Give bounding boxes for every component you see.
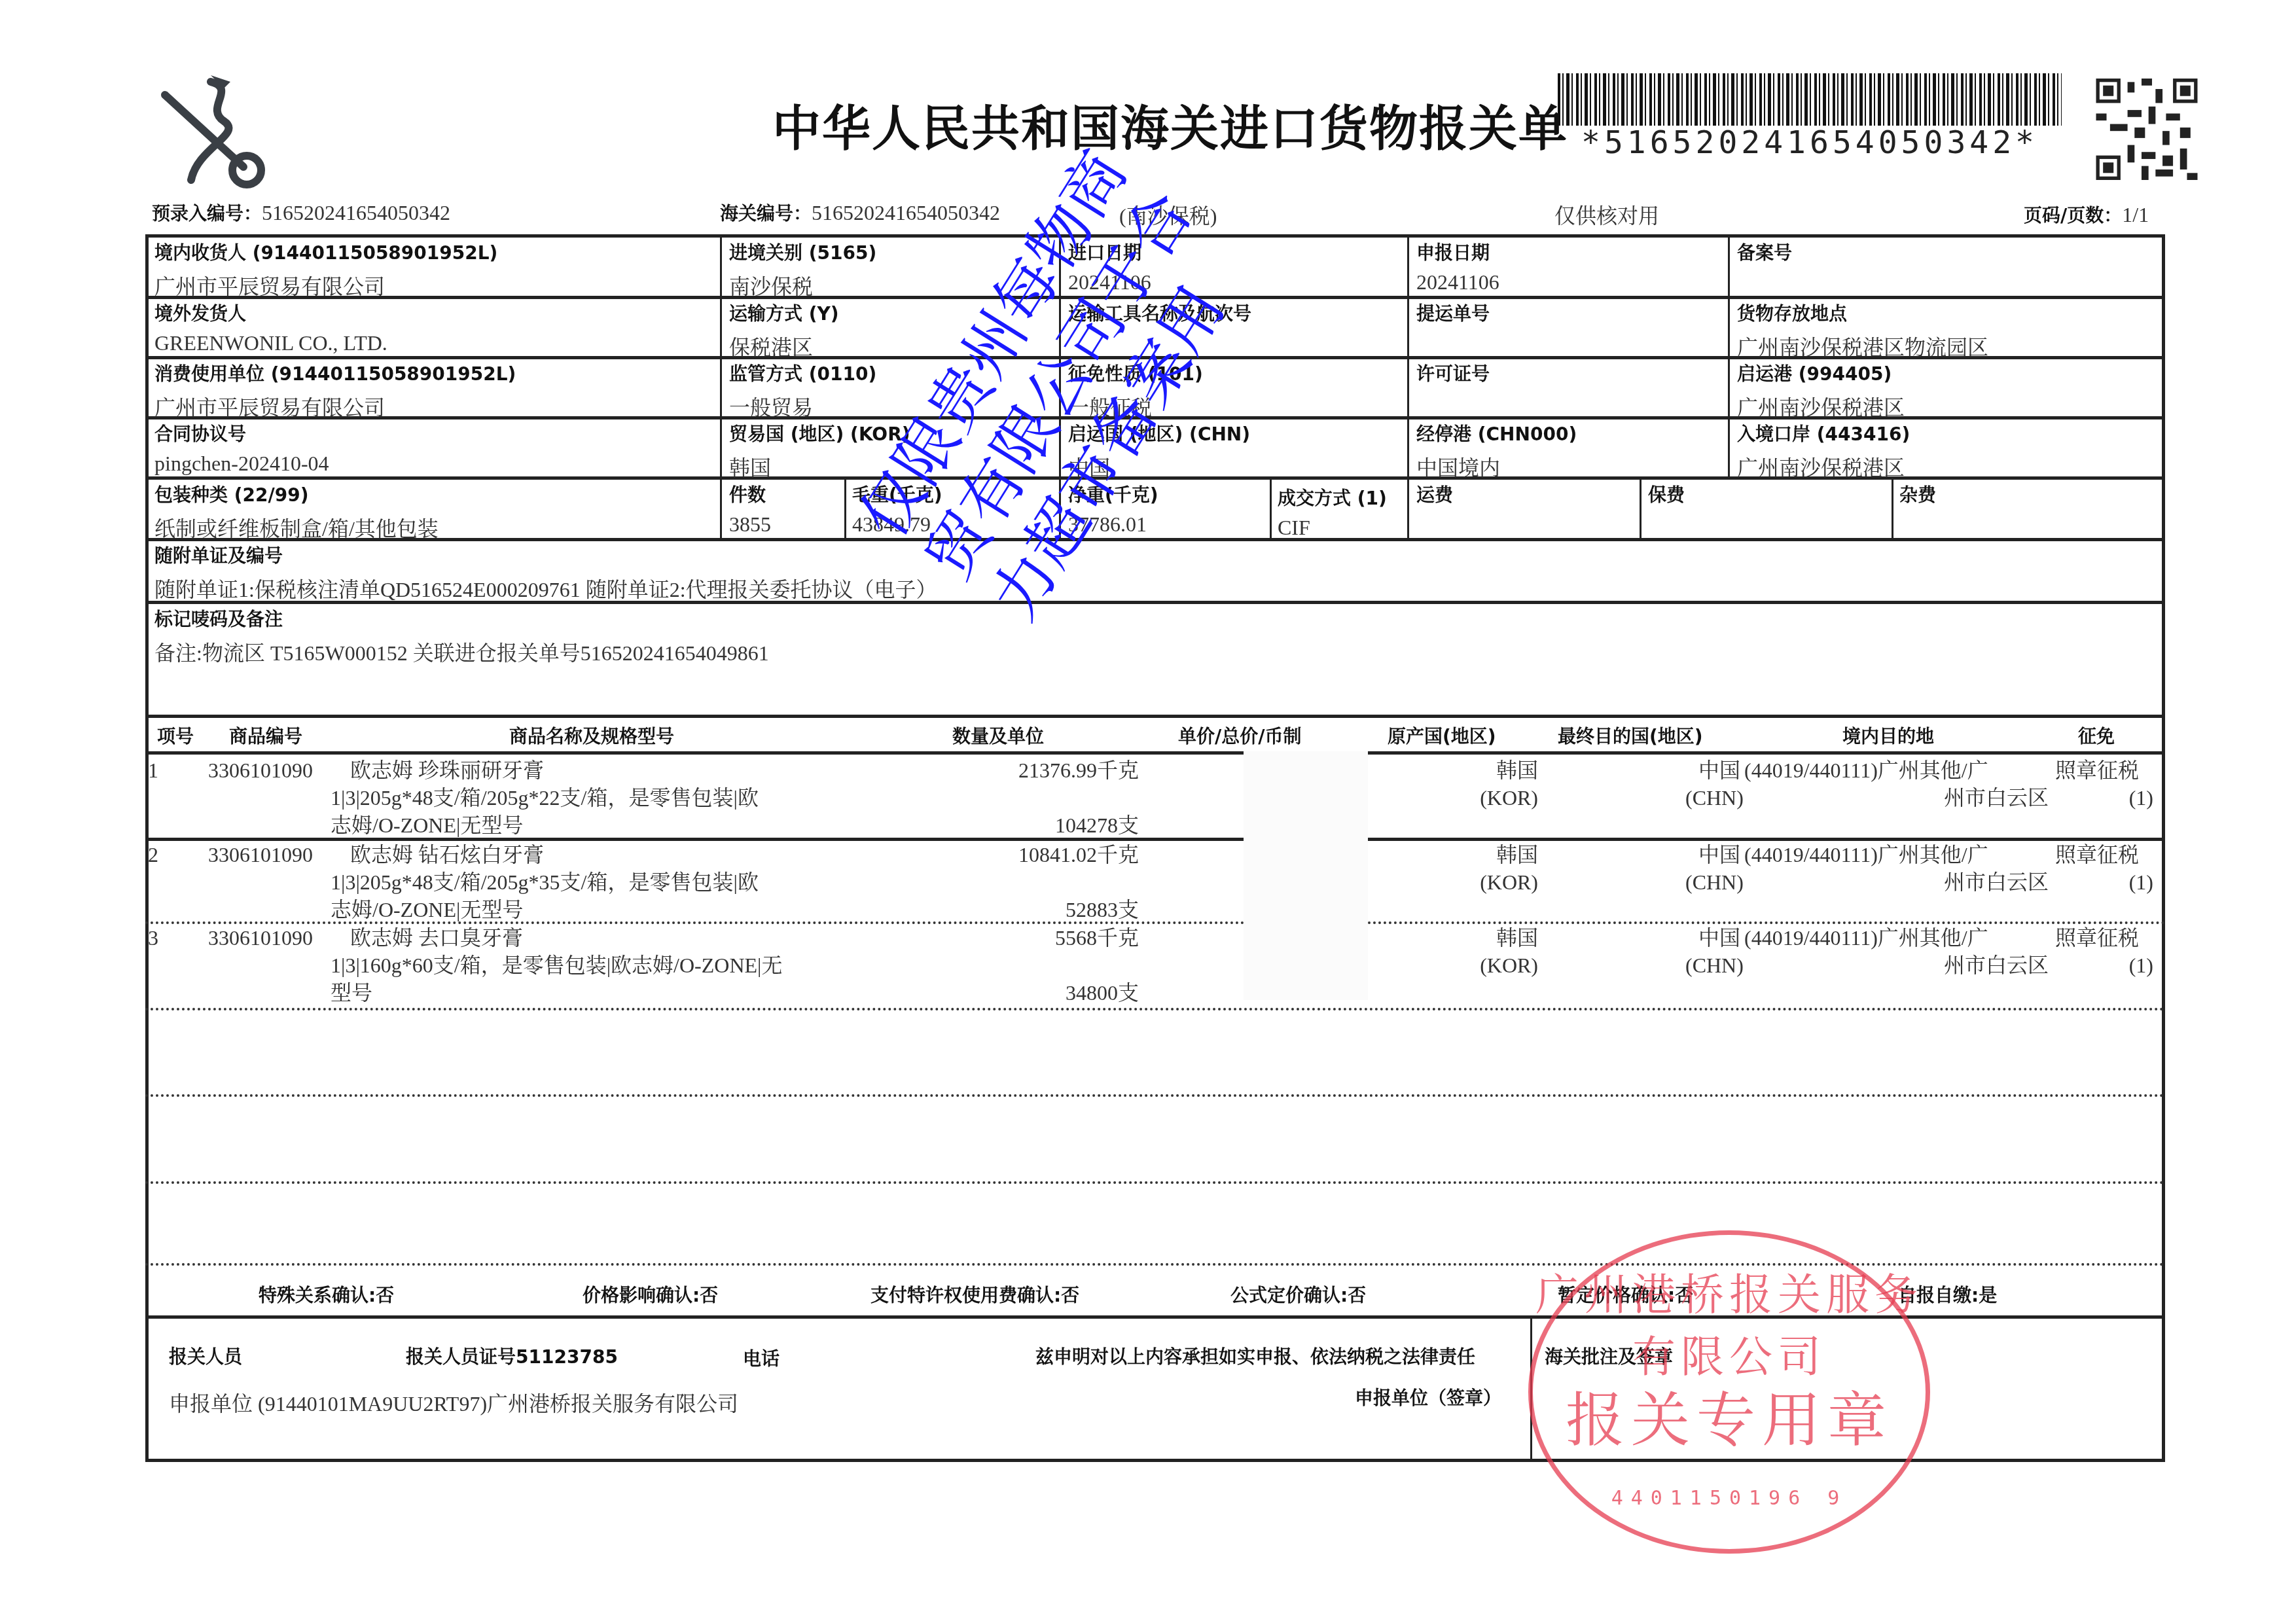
levy-code: (1) [2055,868,2153,896]
origin-country: 韩国 [1407,841,1538,868]
origin-country: 韩国 [1407,924,1538,952]
th-domestic-destination: 境内目的地 [1842,722,1934,749]
levy-code: (1) [2055,952,2153,979]
import-date-cell: 进口日期 20241106 [1068,239,1151,294]
domestic-destination: (44019/440111)广州其他/广 [1744,924,1988,952]
customs-emblem-icon [152,69,283,193]
hs-code: 3306101090 [208,924,313,952]
consignee-cell: 境内收货人 (91440115058901952L) 广州市平辰贸易有限公司 [154,239,497,300]
barcode [1558,73,2062,126]
th-quantity: 数量及单位 [952,722,1044,749]
declaring-agent: 申报单位 (91440101MA9UU2RT97)广州港桥报关服务有限公司 [169,1387,738,1418]
quantity-pcs: 34800支 [929,979,1139,1007]
goods-spec-cont: 型号 [331,979,372,1007]
agent-signature-label: 申报单位（签章） [1355,1384,1501,1410]
marks-cell: 标记唛码及备注 备注:物流区 T5165W000152 关联进仓报关单号5165… [154,605,769,667]
attached-docs-cell: 随附单证及编号 随附单证1:保税核注清单QD516524E000209761 随… [154,542,937,603]
origin-code: (KOR) [1407,784,1538,811]
th-destination-country: 最终目的国(地区) [1558,722,1703,749]
goods-name: 欧志姆 去口臭牙膏 [350,924,523,952]
misc-fee-cell: 杂费 [1899,481,1936,507]
destination-country: 中国 [1698,841,1740,868]
gross-weight-cell: 毛重(千克) 43849.79 [852,481,942,537]
quantity-kg: 5568千克 [929,924,1139,952]
net-weight-cell: 净重(千克) 37786.01 [1068,481,1158,537]
formula-price-confirm: 公式定价确认:否 [1230,1281,1366,1308]
goods-spec-cont: 志姆/O-ZONE|无型号 [331,896,523,923]
th-origin: 原产国(地区) [1388,722,1496,749]
hs-code: 3306101090 [208,757,313,784]
phone-label: 电话 [743,1345,780,1371]
th-price: 单价/总价/币制 [1178,722,1301,749]
insurance-cell: 保费 [1648,481,1685,507]
trade-country-cell: 贸易国 (地区) (KOR) 韩国 [729,420,910,482]
quantity-kg: 10841.02千克 [929,841,1139,868]
domestic-destination-cont: 州市白云区 [1734,868,2049,896]
th-item-no: 项号 [157,722,194,749]
customs-number: 海关编号：516520241654050342 [720,200,1000,226]
item-no: 2 [148,841,158,868]
legal-statement: 兹申明对以上内容承担如实申报、依法纳税之法律责任 [1035,1343,1475,1369]
quantity-kg: 21376.99千克 [929,757,1139,784]
hs-code: 3306101090 [208,841,313,868]
transit-port-cell: 经停港 (CHN000) 中国境内 [1416,420,1577,482]
license-cell: 许可证号 [1416,360,1490,391]
domestic-destination-cont: 州市白云区 [1734,784,2049,811]
domestic-destination-cont: 州市白云区 [1734,952,2049,979]
levy-mode: 照章征税 [2055,924,2139,952]
th-levy: 征免 [2078,722,2115,749]
quantity-pcs: 104278支 [929,811,1139,839]
for-check-note: 仅供核对用 [1554,200,1659,230]
goods-name: 欧志姆 珍珠丽研牙膏 [350,757,544,784]
shipper-cell: 境外发货人 GREENWONIL CO., LTD. [154,300,387,355]
barcode-text: *516520241654050342* [1558,124,2062,161]
freight-cell: 运费 [1416,481,1453,507]
th-hs-code: 商品编号 [229,722,302,749]
document-title: 中华人民共和国海关进口货物报关单 [772,90,1568,160]
levy-mode: 照章征税 [2055,757,2139,784]
package-cell: 包装种类 (22/99) 纸制或纤维板制盒/箱/其他包装 [154,481,439,543]
origin-code: (KOR) [1407,868,1538,896]
declarant-label: 报关人员 [169,1343,242,1369]
domestic-destination: (44019/440111)广州其他/广 [1744,757,1988,784]
declare-date-cell: 申报日期 20241106 [1416,239,1499,294]
pre-entry-number: 预录入编号：516520241654050342 [152,200,450,226]
provisional-price-confirm: 暂定价格确认:否 [1558,1281,1693,1308]
levy-code: (1) [2055,784,2153,811]
departure-country-cell: 启运国 (地区) (CHN) 中国 [1068,420,1250,482]
special-relation-confirm: 特殊关系确认:否 [259,1281,394,1308]
levy-nature-cell: 征免性质 (101) 一般征税 [1068,360,1203,421]
goods-name: 欧志姆 钻石炫白牙膏 [350,841,544,868]
goods-spec: 1|3|205g*48支/箱/205g*35支/箱，是零售包装|欧 [331,868,759,896]
entry-point-cell: 入境口岸 (443416) 广州南沙保税港区 [1737,420,1910,482]
supervision-cell: 监管方式 (0110) 一般贸易 [729,360,876,421]
terms-cell: 成交方式 (1) CIF [1278,484,1387,540]
contract-cell: 合同协议号 pingchen-202410-04 [154,420,329,476]
bill-no-cell: 提运单号 [1416,300,1490,331]
destination-country: 中国 [1698,924,1740,952]
royalty-confirm: 支付特许权使用费确认:否 [870,1281,1079,1308]
destination-country: 中国 [1698,757,1740,784]
origin-country: 韩国 [1407,757,1538,784]
price-influence-confirm: 价格影响确认:否 [583,1281,718,1308]
goods-spec-cont: 志姆/O-ZONE|无型号 [331,811,523,839]
item-no: 3 [148,924,158,952]
price-column-redaction [1244,751,1368,1000]
declarant-id: 报关人员证号51123785 [406,1343,618,1369]
th-goods-name: 商品名称及规格型号 [509,722,674,749]
storage-cell: 货物存放地点 广州南沙保税港区物流园区 [1737,300,1988,361]
goods-spec: 1|3|205g*48支/箱/205g*22支/箱，是零售包装|欧 [331,784,759,811]
pieces-cell: 件数 3855 [729,481,771,537]
origin-code: (KOR) [1407,952,1538,979]
entry-port-cell: 进境关别 (5165) 南沙保税 [729,239,876,300]
departure-port-cell: 启运港 (994405) 广州南沙保税港区 [1737,360,1905,421]
levy-mode: 照章征税 [2055,841,2139,868]
page-indicator: 页码/页数：1/1 [2024,202,2149,228]
qr-code-icon [2094,79,2199,180]
goods-spec: 1|3|160g*60支/箱，是零售包装|欧志姆/O-ZONE|无 [331,952,783,979]
vessel-cell: 运输工具名称及航次号 [1068,300,1251,331]
item-no: 1 [148,757,158,784]
quantity-pcs: 52883支 [929,896,1139,923]
transport-mode-cell: 运输方式 (Y) 保税港区 [729,300,839,361]
self-declare-confirm: 自报自缴:是 [1898,1281,1997,1308]
customs-signature-label: 海关批注及签章 [1545,1343,1673,1369]
customs-office-note: (南沙保税) [1119,200,1217,230]
record-no-cell: 备案号 [1737,239,1792,270]
domestic-destination: (44019/440111)广州其他/广 [1744,841,1988,868]
consumer-cell: 消费使用单位 (91440115058901952L) 广州市平辰贸易有限公司 [154,360,516,421]
